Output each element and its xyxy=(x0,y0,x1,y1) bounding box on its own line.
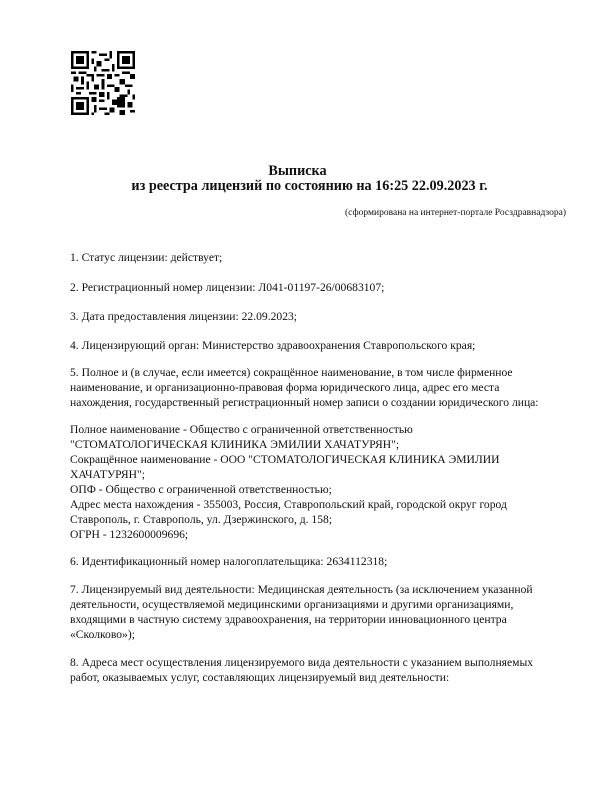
org-full-name: "СТОМАТОЛОГИЧЕСКАЯ КЛИНИКА ЭМИЛИИ ХАЧАТУ… xyxy=(70,437,399,452)
org-short-name-cont: ХАЧАТУРЯН"; xyxy=(70,467,145,482)
license-status: 1. Статус лицензии: действует; xyxy=(70,250,222,265)
org-legal-form: ОПФ - Общество с ограниченной ответствен… xyxy=(70,482,332,497)
item5-line: нахождения, государственный регистрацион… xyxy=(70,395,539,410)
org-ogrn: ОГРН - 1232600009696; xyxy=(70,527,188,542)
portal-note: (сформирована на интернет-портале Росздр… xyxy=(345,208,566,218)
qr-code-icon xyxy=(71,51,135,115)
item5-line: 5. Полное и (в случае, если имеется) сок… xyxy=(70,365,513,380)
item7-line: «Сколково»); xyxy=(70,627,135,642)
item5-line: наименование, и организационно-правовая … xyxy=(70,380,499,395)
org-full-name-label: Полное наименование - Общество с огранич… xyxy=(70,422,413,437)
item7-line: 7. Лицензируемый вид деятельности: Медиц… xyxy=(70,582,533,597)
item8-line: 8. Адреса мест осуществления лицензируем… xyxy=(70,655,533,670)
item7-line: деятельности, осуществляемой медицинским… xyxy=(70,597,513,612)
item7-line: входящими в частную систему здравоохране… xyxy=(70,612,507,627)
licensing-authority: 4. Лицензирующий орган: Министерство здр… xyxy=(70,338,475,353)
document-subtitle: из реестра лицензий по состоянию на 16:2… xyxy=(12,177,595,195)
license-reg-number: 2. Регистрационный номер лицензии: Л041-… xyxy=(70,280,384,295)
item8-line: работ, оказываемых услуг, составляющих л… xyxy=(70,670,449,685)
org-address-cont: Ставрополь, г. Ставрополь, ул. Дзержинск… xyxy=(70,512,332,527)
org-short-name: Сокращённое наименование - ООО "СТОМАТОЛ… xyxy=(70,452,500,467)
taxpayer-id: 6. Идентификационный номер налогоплатель… xyxy=(70,554,387,569)
license-date: 3. Дата предоставления лицензии: 22.09.2… xyxy=(70,309,297,324)
org-address: Адрес места нахождения - 355003, Россия,… xyxy=(70,497,507,512)
